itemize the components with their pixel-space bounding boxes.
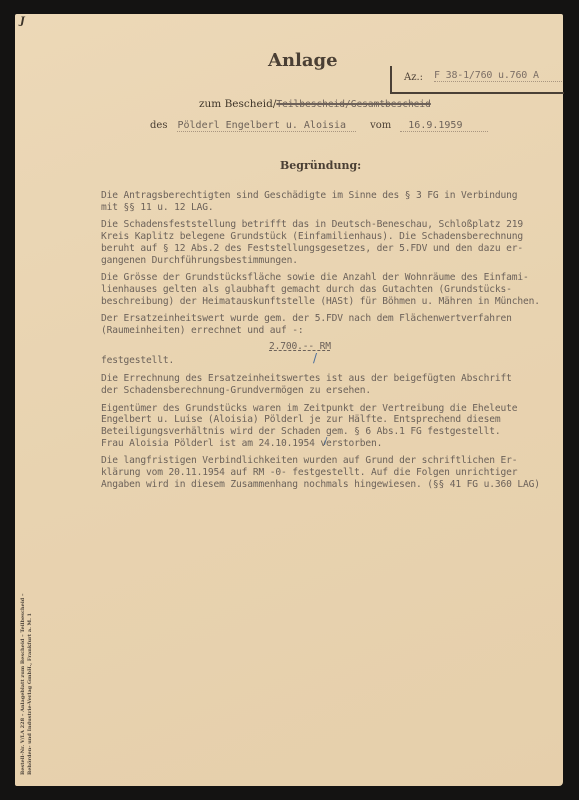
body-text: Die Antragsberechtigten sind Geschädigte… xyxy=(101,190,571,496)
subtitle-struck-text: Teilbescheid/Gesamtbescheid xyxy=(276,99,430,110)
paragraph-applicants: Die Antragsberechtigten sind Geschädigte… xyxy=(101,190,571,213)
check-mark-icon: / xyxy=(324,436,327,447)
document-title: Anlage xyxy=(268,50,338,71)
corner-mark: J xyxy=(20,16,25,27)
paragraph-value: Der Ersatzeinheitswert wurde gem. der 5.… xyxy=(101,313,571,336)
paragraph-established: festgestellt. xyxy=(101,355,571,367)
paragraph-property: Die Schadensfeststellung betrifft das in… xyxy=(101,219,571,266)
side-text-line-2: Behörden- und Industrie-Verlag GmbH., Fr… xyxy=(27,594,34,775)
subtitle-prefix: zum Bescheid/ xyxy=(199,98,276,110)
paragraph-calculation: Die Errechnung des Ersatzeinheitswertes … xyxy=(101,373,571,396)
paragraph-size: Die Grösse der Grundstücksfläche sowie d… xyxy=(101,272,571,307)
paragraph-liabilities: Die langfristigen Verbindlichkeiten wurd… xyxy=(101,455,571,490)
document-date: 16.9.1959 xyxy=(400,120,488,132)
section-heading: Begründung: xyxy=(280,159,361,172)
recipient-name: Pölderl Engelbert u. Aloisia xyxy=(177,120,356,132)
subtitle: zum Bescheid/Teilbescheid/Gesamtbescheid xyxy=(199,98,431,110)
recipient-line: des Pölderl Engelbert u. Aloisia vom 16.… xyxy=(150,120,488,131)
form-order-number: Bestell-Nr. V/LA 228 – Anlageblatt zum B… xyxy=(20,594,34,775)
date-label: vom xyxy=(370,120,391,131)
recipient-label: des xyxy=(150,120,167,131)
reference-box: Az.: F 38-1/760 u.760 A xyxy=(390,66,564,94)
reference-number: F 38-1/760 u.760 A xyxy=(434,70,562,82)
side-text-line-1: Bestell-Nr. V/LA 228 – Anlageblatt zum B… xyxy=(20,594,27,775)
reference-label: Az.: xyxy=(404,72,423,83)
paragraph-owners: Eigentümer des Grundstücks waren im Zeit… xyxy=(101,403,571,450)
check-mark-icon: / xyxy=(313,351,317,365)
